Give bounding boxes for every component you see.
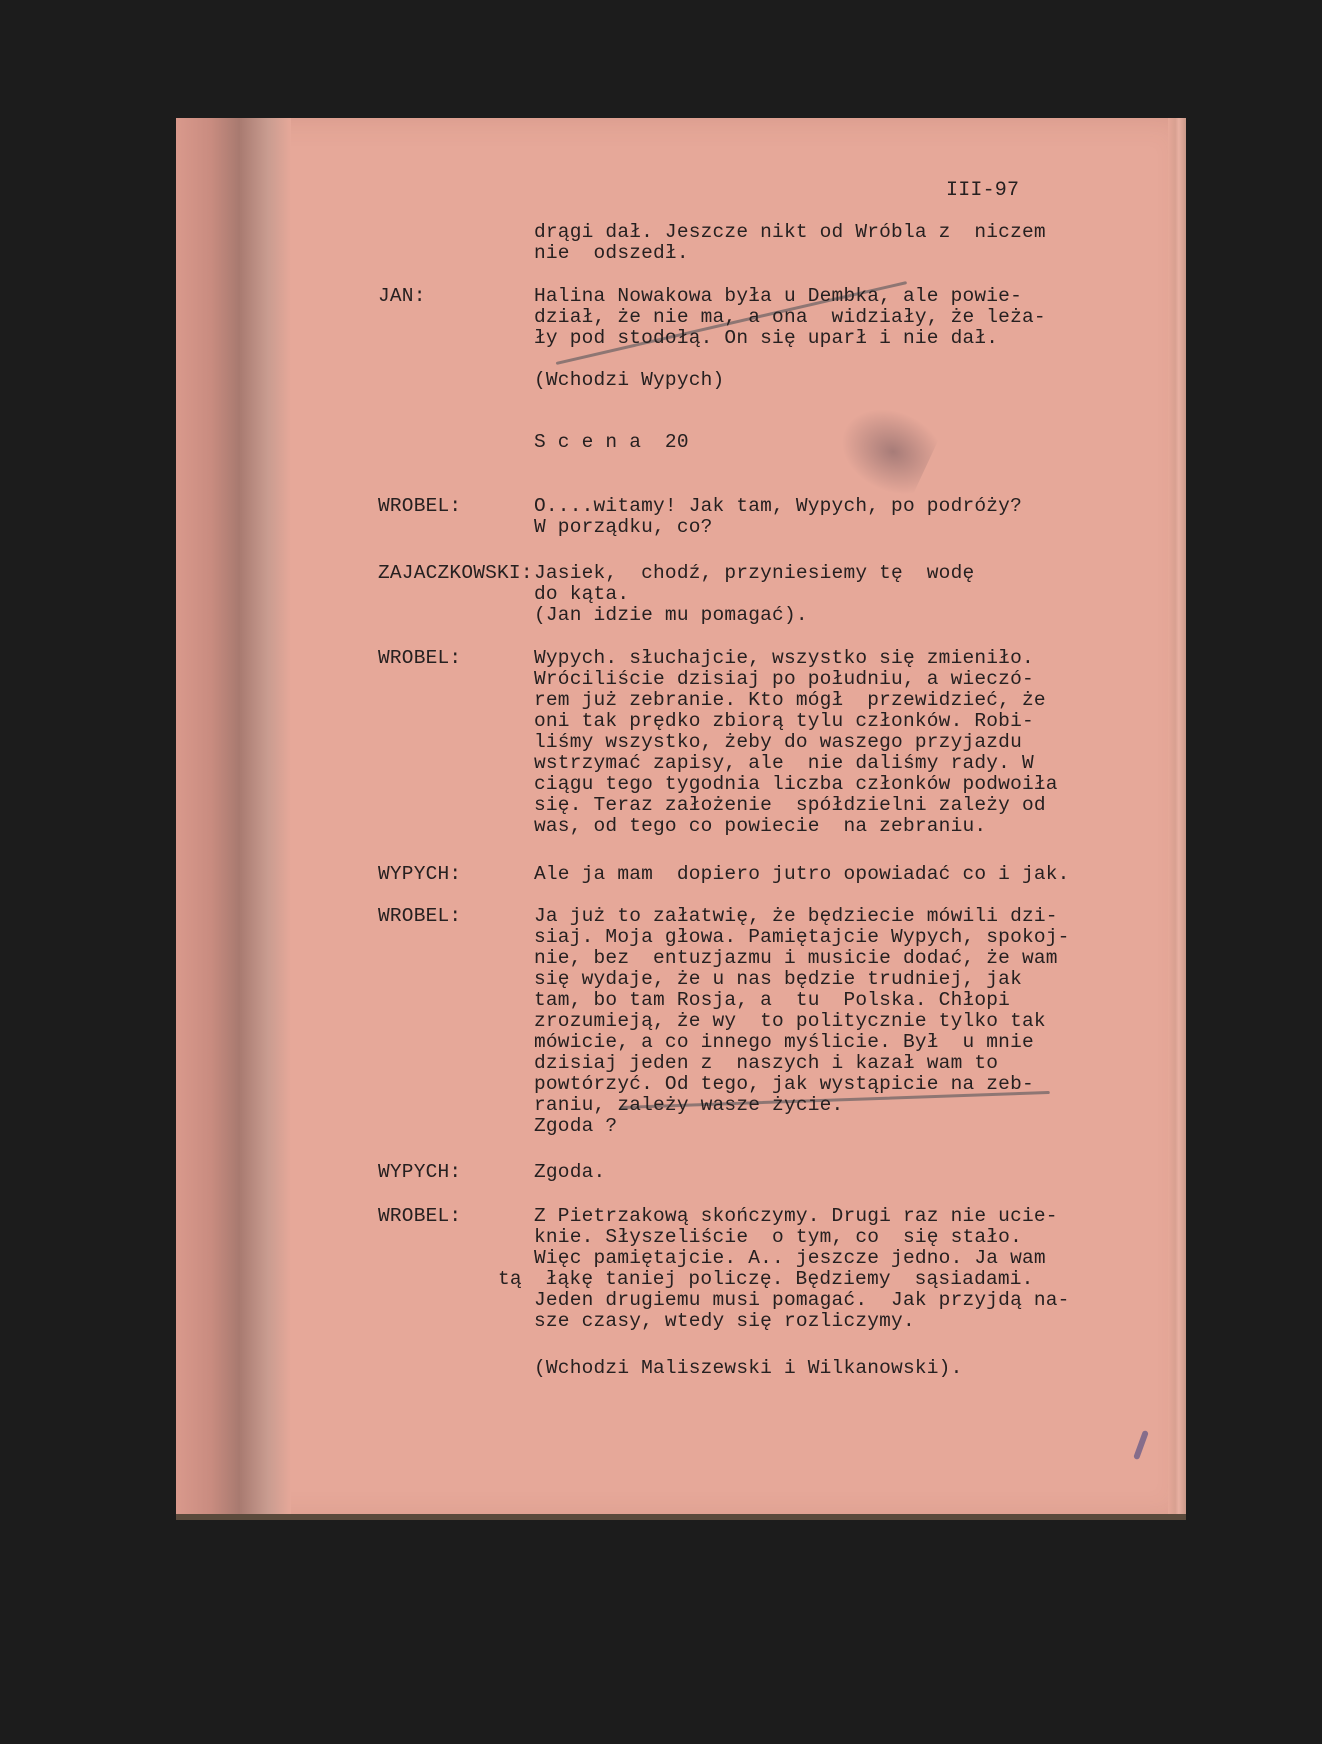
dialogue-line: Wróciliście dzisiaj po południu, a wiecz… xyxy=(534,669,1034,690)
dialogue-line: raniu, zależy wasze życie. xyxy=(534,1095,843,1116)
dialogue-line: Z Pietrzakową skończymy. Drugi raz nie u… xyxy=(534,1206,1058,1227)
dialogue-line: zrozumieją, że wy to politycznie tylko t… xyxy=(534,1011,1046,1032)
dialogue-line: ciągu tego tygodnia liczba członków podw… xyxy=(534,774,1058,795)
stage-direction: (Wchodzi Maliszewski i Wilkanowski). xyxy=(534,1358,962,1379)
dialogue-line: tam, bo tam Rosja, a tu Polska. Chłopi xyxy=(534,990,1010,1011)
dialogue-line: Wypych. słuchajcie, wszystko się zmienił… xyxy=(534,648,1034,669)
dialogue-line: się wydaje, że u nas będzie trudniej, ja… xyxy=(534,969,1022,990)
stage-direction: (Wchodzi Wypych) xyxy=(534,370,724,391)
dialogue-line: Halina Nowakowa była u Dembka, ale powie… xyxy=(534,286,1022,307)
dialogue-line: W porządku, co? xyxy=(534,517,713,538)
speaker-label: ZAJACZKOWSKI: xyxy=(378,563,533,584)
speaker-label: WROBEL: xyxy=(378,496,461,517)
speaker-label: JAN: xyxy=(378,286,426,307)
dialogue-line: was, od tego co powiecie na zebraniu. xyxy=(534,816,986,837)
speaker-label: WROBEL: xyxy=(378,648,461,669)
dialogue-line: mówicie, a co innego myślicie. Był u mni… xyxy=(534,1032,1034,1053)
dialogue-line: drągi dał. Jeszcze nikt od Wróbla z nicz… xyxy=(534,222,1046,243)
dialogue-line: nie odszedł. xyxy=(534,243,689,264)
dialogue-line: liśmy wszystko, żeby do waszego przyjazd… xyxy=(534,732,1022,753)
speaker-label: WYPYCH: xyxy=(378,864,461,885)
page-bottom-edge xyxy=(176,1514,1186,1520)
dialogue-line: dzisiaj jeden z naszych i kazał wam to xyxy=(534,1053,998,1074)
dialogue-line: Ja już to załatwię, że będziecie mówili … xyxy=(534,906,1058,927)
page-stack-edge xyxy=(1168,118,1186,1520)
page-number: III-97 xyxy=(946,180,1019,201)
speaker-label: WYPYCH: xyxy=(378,1162,461,1183)
dialogue-line: Zgoda ? xyxy=(534,1116,617,1137)
dialogue-line: wstrzymać zapisy, ale nie daliśmy rady. … xyxy=(534,753,1034,774)
dialogue-line: powtórzyć. Od tego, jak wystąpicie na ze… xyxy=(534,1074,1034,1095)
page-binding-shadow xyxy=(176,118,291,1520)
dialogue-line: ły pod stodołą. On się uparł i nie dał. xyxy=(534,328,998,349)
stage-direction: (Jan idzie mu pomagać). xyxy=(534,605,808,626)
dialogue-line: Ale ja mam dopiero jutro opowiadać co i … xyxy=(534,864,1070,885)
dialogue-line: Jasiek, chodź, przyniesiemy tę wodę xyxy=(534,563,974,584)
dialogue-line: siaj. Moja głowa. Pamiętajcie Wypych, sp… xyxy=(534,927,1070,948)
dialogue-line: Jeden drugiemu musi pomagać. Jak przyjdą… xyxy=(534,1290,1070,1311)
dialogue-line: się. Teraz założenie spółdzielni zależy … xyxy=(534,795,1046,816)
dialogue-line: Zgoda. xyxy=(534,1162,605,1183)
dialogue-line: O....witamy! Jak tam, Wypych, po podróży… xyxy=(534,496,1022,517)
speaker-label: WROBEL: xyxy=(378,906,461,927)
dialogue-line: knie. Słyszeliście o tym, co się stało. xyxy=(534,1227,1022,1248)
speaker-label: WROBEL: xyxy=(378,1206,461,1227)
dialogue-line: nie, bez entuzjazmu i musicie dodać, że … xyxy=(534,948,1058,969)
dialogue-line: dział, że nie ma, a ona widziały, że leż… xyxy=(534,307,1046,328)
dialogue-line: sze czasy, wtedy się rozliczymy. xyxy=(534,1311,915,1332)
dialogue-line: do kąta. xyxy=(534,584,629,605)
scene-heading: S c e n a 20 xyxy=(534,432,689,453)
dialogue-line: Więc pamiętajcie. A.. jeszcze jedno. Ja … xyxy=(534,1248,1046,1269)
dialogue-line: rem już zebranie. Kto mógł przewidzieć, … xyxy=(534,690,1046,711)
dialogue-line: tą łąkę taniej policzę. Będziemy sąsiada… xyxy=(498,1269,1034,1290)
dialogue-line: oni tak prędko zbiorą tylu członków. Rob… xyxy=(534,711,1034,732)
